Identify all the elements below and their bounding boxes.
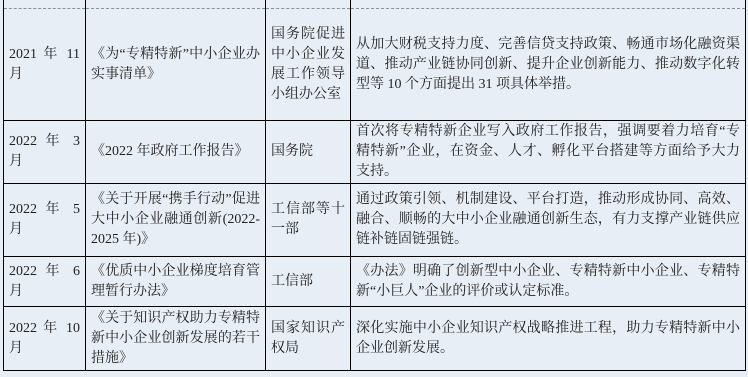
cell-date: 2022 年 10 月 [4,307,86,371]
cell-date: 2022 年 3 月 [4,121,86,184]
cell-issuer: 工信部等十一部 [266,184,351,257]
cell-content: 通过政策引领、机制建设、平台打造，推动形成协同、高效、融合、顺畅的大中小企业融通… [351,184,746,257]
document-page: 2021 年 11 月 《为“专精特新”中小企业办实事清单》 国务院促进中小企业… [0,0,748,377]
cell-policy: 《2022 年政府工作报告》 [86,121,266,184]
cropped-row-border-strip [0,0,748,8]
cell-content: 《办法》明确了创新型中小企业、专精特新中小企业、专精特新“小巨人”企业的评价或认… [351,257,746,307]
cell-content: 首次将专精特新企业写入政府工作报告，强调要着力培育“专精特新”企业，在资金、人才… [351,121,746,184]
table-row: 2022 年 10 月 《关于知识产权助力专精特新中小企业创新发展的若干措施》 … [4,307,746,371]
table-border-segment [745,0,746,8]
table-border-segment [3,0,4,8]
cell-issuer: 国务院 [266,121,351,184]
cell-content: 从加大财税支持力度、完善信贷支持政策、畅通市场化融资渠道、推动产业链协同创新、提… [351,9,746,121]
cell-issuer: 工信部 [266,257,351,307]
cell-policy: 《关于知识产权助力专精特新中小企业创新发展的若干措施》 [86,307,266,371]
table-border-segment [265,0,266,8]
table-row: 2022 年 6 月 《优质中小企业梯度培育管理暂行办法》 工信部 《办法》明确… [4,257,746,307]
cell-content: 深化实施中小企业知识产权战略推进工程，助力专精特新中小企业创新发展。 [351,307,746,371]
cell-date: 2022 年 5 月 [4,184,86,257]
table-border-segment [85,0,86,8]
table-row: 2022 年 5 月 《关于开展“携手行动”促进大中小企业融通创新(2022-2… [4,184,746,257]
cell-date: 2021 年 11 月 [4,9,86,121]
policy-table: 2021 年 11 月 《为“专精特新”中小企业办实事清单》 国务院促进中小企业… [3,8,746,371]
table-row: 2021 年 11 月 《为“专精特新”中小企业办实事清单》 国务院促进中小企业… [4,9,746,121]
cell-issuer: 国务院促进中小企业发展工作领导小组办公室 [266,9,351,121]
cell-issuer: 国家知识产权局 [266,307,351,371]
table-border-segment [350,0,351,8]
cell-policy: 《为“专精特新”中小企业办实事清单》 [86,9,266,121]
cell-policy: 《关于开展“携手行动”促进大中小企业融通创新(2022-2025 年)》 [86,184,266,257]
cell-policy: 《优质中小企业梯度培育管理暂行办法》 [86,257,266,307]
cell-date: 2022 年 6 月 [4,257,86,307]
table-row: 2022 年 3 月 《2022 年政府工作报告》 国务院 首次将专精特新企业写… [4,121,746,184]
